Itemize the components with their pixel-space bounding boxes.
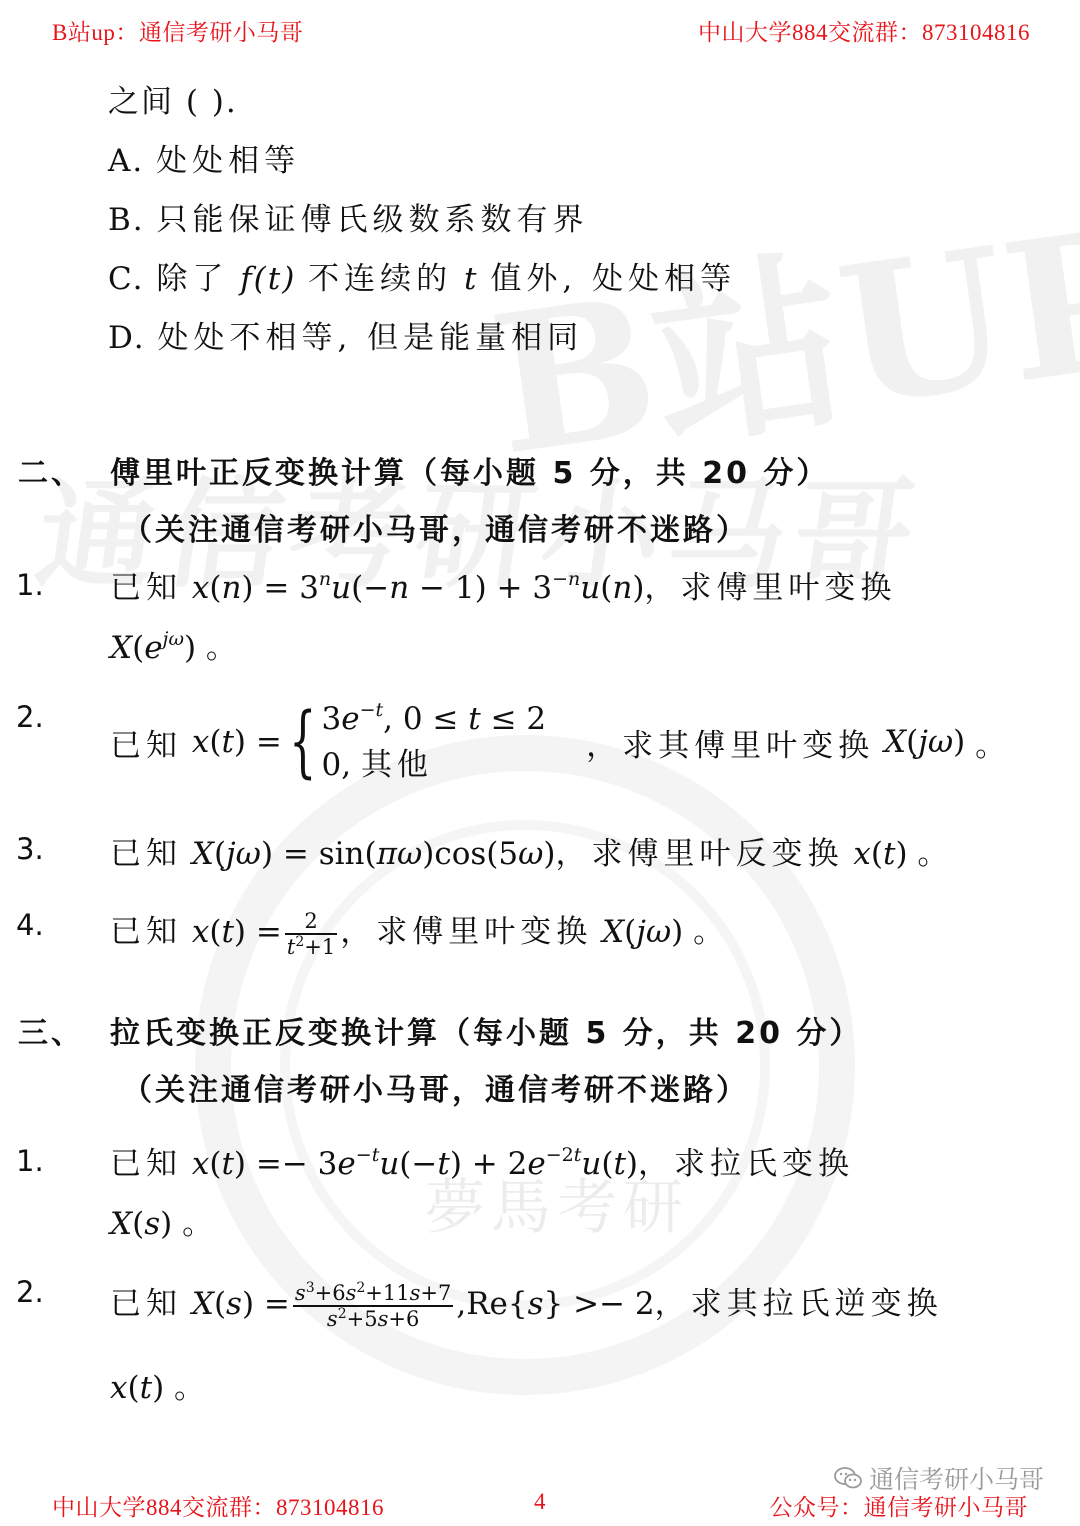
- page-number: 4: [534, 1489, 546, 1515]
- target-formula: X(jω): [602, 914, 683, 950]
- option-label: C.: [108, 261, 144, 297]
- fraction: 2 t2+1: [285, 909, 337, 959]
- math-t: t: [464, 261, 478, 297]
- ask-text: ，求其拉氏逆变换: [655, 1286, 943, 1322]
- known-label: 已知: [110, 1286, 182, 1322]
- option-text-mid: 不连续的: [308, 261, 452, 297]
- option-text: 处处相等: [156, 143, 300, 179]
- question-number: 2.: [16, 700, 44, 734]
- option-b: B. 只能保证傅氏级数系数有界: [108, 194, 589, 239]
- ask-text: ，求傅里叶变换: [340, 914, 592, 950]
- s3-question-1-target: X(s) 。: [110, 1198, 213, 1243]
- ask-text: ，求其傅里叶变换: [586, 720, 874, 765]
- ask-text: ，求拉氏变换: [638, 1146, 854, 1182]
- s3-question-2: 已知 X(s) = s3+6s2+11s+7 s2+5s+6 ,Re{s} >−…: [110, 1278, 943, 1331]
- question-stem-end: 之间 ( ).: [108, 76, 238, 121]
- s2-question-3: 已知 X(jω) = sin(πω)cos(5ω)，求傅里叶反变换 x(t) 。: [110, 828, 948, 873]
- formula: x(n) = 3nu(−n − 1) + 3−nu(n): [192, 570, 645, 606]
- period: 。: [693, 914, 724, 950]
- math-f-of-t: f(t): [240, 261, 296, 297]
- header-bilibili-credit: B站up：通信考研小马哥: [52, 14, 303, 47]
- question-number: 4.: [16, 908, 44, 942]
- fraction: s3+6s2+11s+7 s2+5s+6: [293, 1281, 453, 1331]
- question-number: 1.: [16, 568, 44, 602]
- wechat-icon: [833, 1465, 863, 1491]
- target-formula: X(s): [110, 1206, 172, 1242]
- period: 。: [917, 836, 948, 872]
- option-label: A.: [108, 143, 144, 179]
- question-number: 2.: [16, 1275, 44, 1309]
- question-number: 3.: [16, 832, 44, 866]
- option-text: 处处不相等, 但是能量相同: [157, 320, 583, 356]
- option-text-post: 值外, 处处相等: [490, 261, 736, 297]
- s3-question-1: 已知 x(t) =− 3e−tu(−t) + 2e−2tu(t)，求拉氏变换: [110, 1138, 854, 1183]
- option-text-pre: 除了: [156, 261, 228, 297]
- target-formula: x(t): [110, 1370, 164, 1406]
- s3-question-2-target: x(t) 。: [110, 1362, 205, 1407]
- formula-lhs: x(t) =: [192, 724, 282, 760]
- section-3-subtitle: （关注通信考研小马哥，通信考研不迷路）: [122, 1065, 749, 1109]
- case-2: 0, 其他: [322, 742, 547, 788]
- footer-group-number: 中山大学884交流群：873104816: [52, 1489, 384, 1522]
- question-number: 1.: [16, 1144, 44, 1178]
- s2-question-1: 已知 x(n) = 3nu(−n − 1) + 3−nu(n)，求傅里叶变换: [110, 562, 896, 607]
- option-d: D. 处处不相等, 但是能量相同: [108, 312, 583, 357]
- option-text: 只能保证傅氏级数系数有界: [157, 202, 589, 238]
- option-label: D.: [108, 320, 146, 356]
- section-2-subtitle: （关注通信考研小马哥，通信考研不迷路）: [122, 505, 749, 549]
- target-formula: X(jω): [884, 724, 965, 760]
- target-formula: x(t): [853, 836, 907, 872]
- section-3-title: 拉氏变换正反变换计算（每小题 5 分，共 20 分）: [110, 1008, 862, 1052]
- section-2-number: 二、: [18, 448, 84, 492]
- footer-official-account: 公众号：通信考研小马哥: [770, 1489, 1029, 1522]
- period: 。: [174, 1370, 205, 1406]
- known-label: 已知: [110, 570, 182, 606]
- section-2-title: 傅里叶正反变换计算（每小题 5 分，共 20 分）: [110, 448, 829, 492]
- formula: x(t) =− 3e−tu(−t) + 2e−2tu(t): [192, 1146, 638, 1182]
- left-brace: {: [289, 703, 316, 781]
- known-label: 已知: [110, 836, 182, 872]
- known-label: 已知: [110, 914, 182, 950]
- formula: X(jω) = sin(πω)cos(5ω): [192, 836, 556, 872]
- period: 。: [182, 1206, 213, 1242]
- piecewise-cases: 3e−t, 0 ≤ t ≤ 2 0, 其他: [322, 696, 547, 788]
- ask-text: ，求傅里叶变换: [644, 570, 896, 606]
- option-a: A. 处处相等: [108, 135, 300, 180]
- target-formula: X(ejω): [110, 630, 196, 666]
- known-label: 已知: [110, 720, 182, 765]
- case-1: 3e−t, 0 ≤ t ≤ 2: [322, 696, 547, 742]
- formula-lhs: X(s) =: [192, 1286, 290, 1322]
- s2-question-4: 已知 x(t) = 2 t2+1 ，求傅里叶变换 X(jω) 。: [110, 906, 724, 959]
- option-label: B.: [108, 202, 145, 238]
- option-c: C. 除了 f(t) 不连续的 t 值外, 处处相等: [108, 253, 736, 298]
- period: 。: [206, 630, 237, 666]
- s2-question-1-target: X(ejω) 。: [110, 622, 237, 667]
- formula-lhs: x(t) =: [192, 914, 282, 950]
- section-3-number: 三、: [18, 1008, 84, 1052]
- exam-page: B站UP 通信考研小马哥 夢馬考研 B站up：通信考研小马哥 中山大学884交流…: [0, 0, 1080, 1526]
- known-label: 已知: [110, 1146, 182, 1182]
- header-group-number: 中山大学884交流群：873104816: [698, 14, 1030, 47]
- period: 。: [975, 720, 1006, 765]
- s2-question-2: 已知 x(t) = { 3e−t, 0 ≤ t ≤ 2 0, 其他 ，求其傅里叶…: [110, 696, 1006, 788]
- region-of-convergence: ,Re{s} >− 2: [456, 1286, 654, 1322]
- ask-text: ，求傅里叶反变换: [556, 836, 844, 872]
